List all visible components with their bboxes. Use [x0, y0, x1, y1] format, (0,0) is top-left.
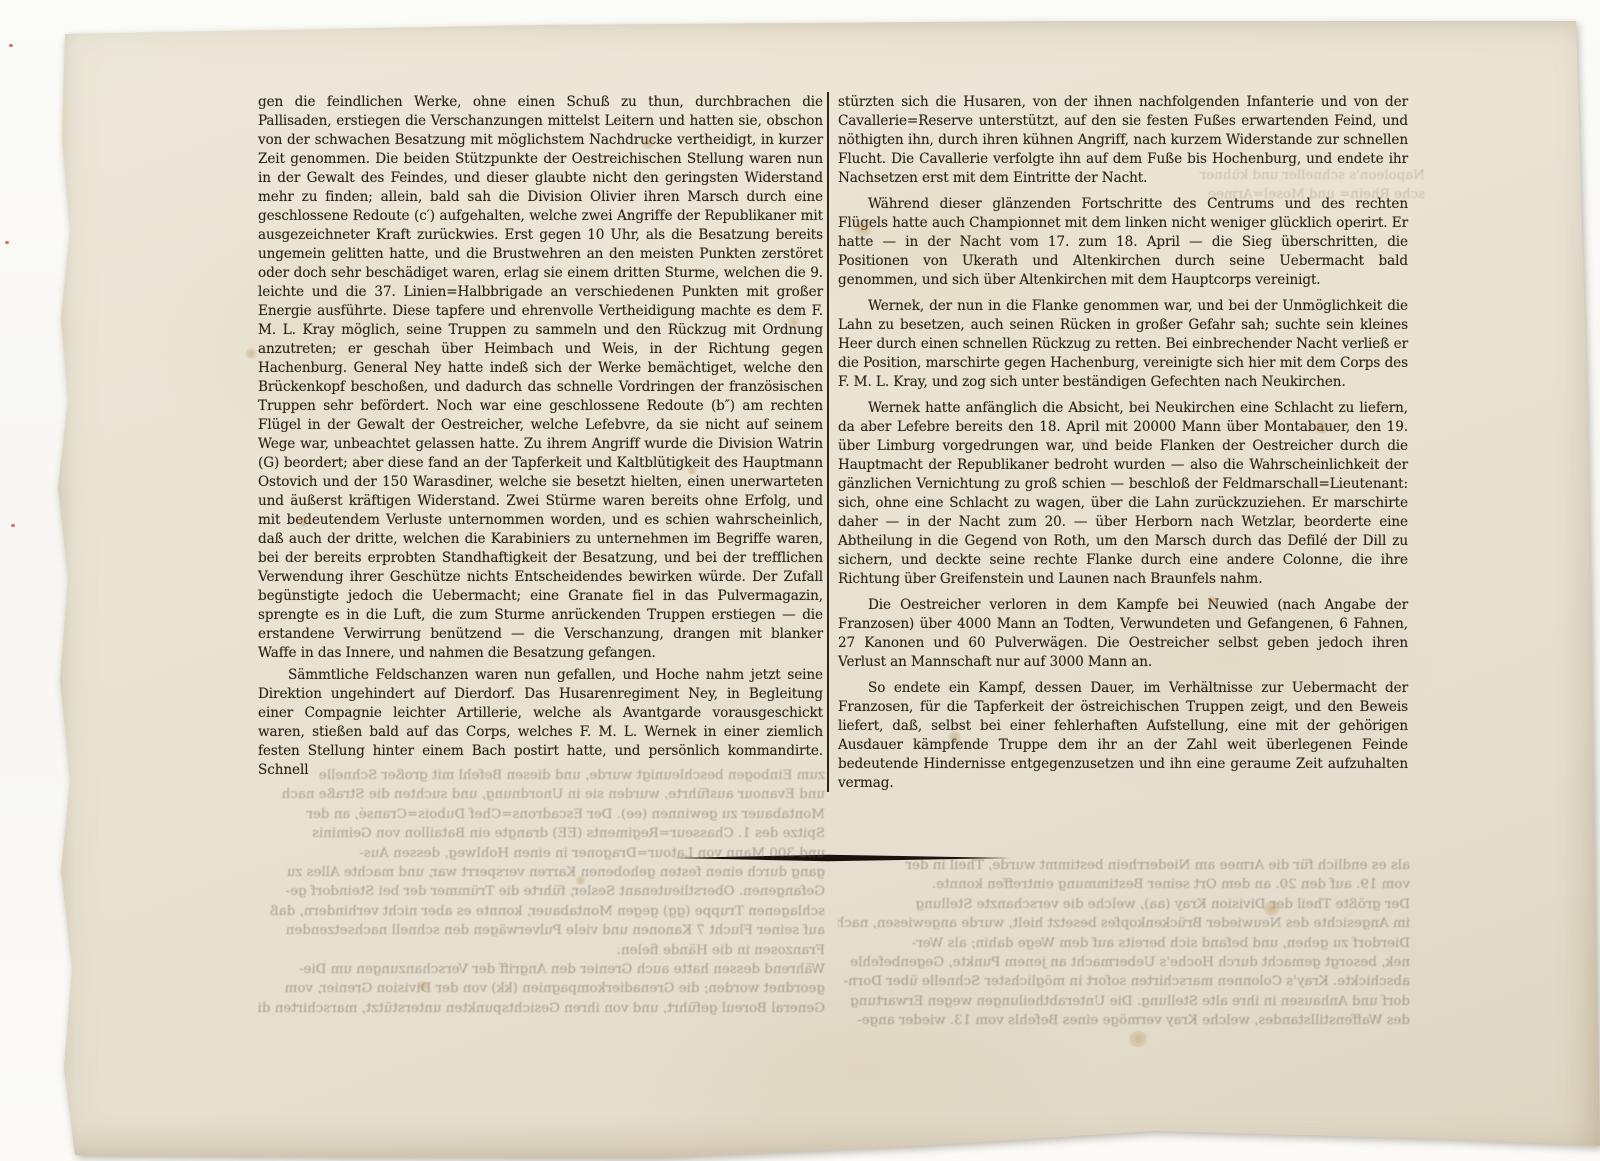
show-through-line: als es endlich für die Armee am Niederrh…: [838, 856, 1410, 875]
fox-spot: [417, 981, 429, 991]
fox-spot: [787, 316, 801, 328]
fox-spot: [1207, 596, 1218, 606]
fox-spot: [297, 516, 310, 527]
fox-spot: [947, 731, 962, 743]
right-text-column: stürzten sich die Husaren, von der ihnen…: [838, 93, 1408, 800]
left-text-column: gen die feindlichen Werke, ohne einen Sc…: [258, 93, 823, 783]
show-through-line: Der größte Theil der Division Kray (aa),…: [838, 895, 1410, 914]
scan-speck: [5, 241, 9, 244]
show-through-line: Spitze des 1. Chasseur=Regiments (EE) dr…: [258, 824, 825, 843]
scan-speck: [9, 44, 13, 47]
show-through-line: und Evanour ausführte, wurden sie in Uno…: [258, 785, 825, 804]
fox-spot: [640, 136, 656, 149]
show-through-line: dorf und Anhausen in ihre alte Stellung.…: [838, 992, 1410, 1011]
show-through-line: auf seiner Flucht 7 Kanonen und viele Pu…: [258, 921, 825, 940]
paper-shadow-wrapper: Napoleon's schneller und kühnersche Rhei…: [0, 0, 1600, 1161]
fox-spot: [853, 221, 873, 237]
paragraph: Während dieser glänzenden Fortschritte d…: [838, 195, 1408, 290]
paragraph: Wernek, der nun in die Flanke genommen w…: [838, 297, 1408, 392]
show-through-line: im Angesichte des Neuwieder Brückenkopfe…: [838, 914, 1410, 933]
show-through-line: Dierdorf zu gehen, und befand sich berei…: [838, 934, 1410, 953]
fox-spot: [1127, 1031, 1149, 1047]
paragraph: gen die feindlichen Werke, ohne einen Sc…: [258, 93, 823, 663]
scan-speck: [11, 524, 15, 527]
fox-spot: [245, 348, 257, 359]
scanned-page-background: { "page": { "background_color": "#f8f7f3…: [0, 0, 1600, 1161]
fox-spot: [1262, 901, 1281, 916]
paragraph: Die Oestreicher verloren in dem Kampfe b…: [838, 596, 1408, 672]
show-through-line: General Boreul geführt, und von ihren Ge…: [258, 999, 825, 1018]
show-through-line: abschickte. Kray's Colonnen marschirten …: [838, 972, 1410, 991]
fox-spot: [687, 466, 697, 475]
show-through-line: zum Einbogen beschleunigt wurde, und die…: [258, 766, 825, 785]
show-through-line: geordnet worden; die Grenadierkompagnien…: [258, 979, 825, 998]
show-through-line: Gefangenen. Oberstlieutenant Sesler, füh…: [258, 882, 825, 901]
show-through-line: nek, besorgt gemacht durch Hoche's Ueber…: [838, 953, 1410, 972]
column-divider-rule: [827, 92, 829, 792]
paragraph: Sämmtliche Feldschanzen waren nun gefall…: [258, 666, 823, 780]
paper-sheet: Napoleon's schneller und kühnersche Rhei…: [55, 18, 1600, 1161]
fox-spot: [1313, 421, 1330, 434]
show-through-line: und 300 Mann von Latour=Dragoner in eine…: [258, 844, 825, 863]
show-through-line: gang durch einen festen gehobenen Karren…: [258, 863, 825, 882]
show-through-line: vom 19. auf den 20. an dem Ort seiner Be…: [838, 875, 1410, 894]
show-through-line: des Waffenstillstandes, welche Kray verm…: [838, 1011, 1410, 1030]
paragraph: So endete ein Kampf, dessen Dauer, im Ve…: [838, 679, 1408, 793]
show-through-line: Montabauer zu gewinnen (ee). Der Escadro…: [258, 805, 825, 824]
paragraph: stürzten sich die Husaren, von der ihnen…: [838, 93, 1408, 188]
show-through-left-block: zum Einbogen beschleunigt wurde, und die…: [258, 766, 825, 1018]
fox-spot: [575, 876, 586, 885]
show-through-line: schlagenen Truppe (gg) gegen Montabauer,…: [258, 902, 825, 921]
show-through-line: Franzosen in die Hände fielen.: [258, 941, 825, 960]
show-through-line: Während dessen hatte auch Grenier den An…: [258, 960, 825, 979]
fox-spot: [1085, 438, 1097, 448]
show-through-right-block: als es endlich für die Armee am Niederrh…: [838, 856, 1410, 1031]
